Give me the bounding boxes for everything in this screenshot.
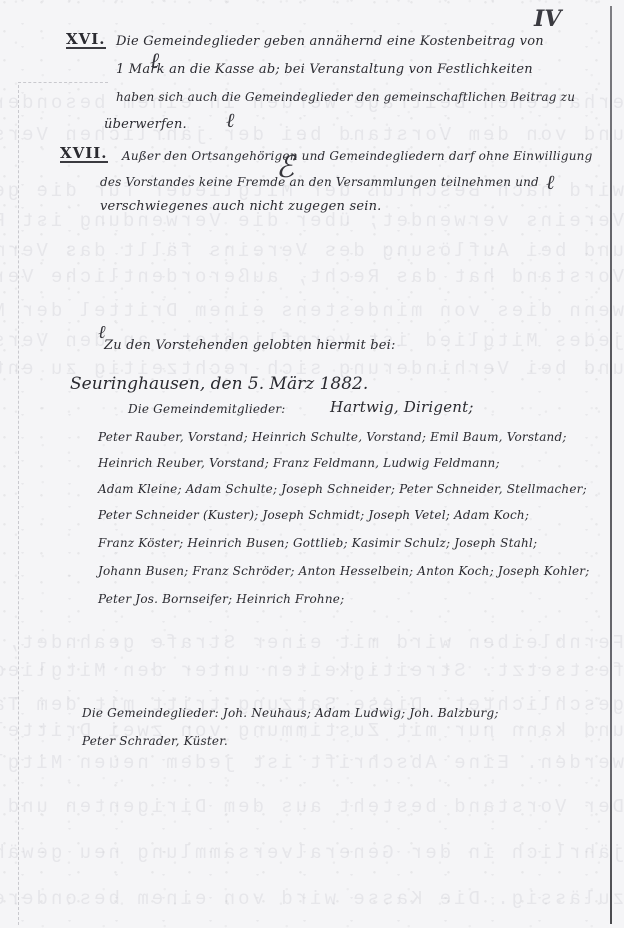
signature-line: Peter Rauber, Vorstand; Heinrich Schulte… bbox=[98, 430, 567, 444]
date-line: Seuringhausen, den 5. März 1882. bbox=[70, 374, 368, 394]
bleed-through-line: Der Vorstand besteht aus dem Dirigenten … bbox=[0, 796, 624, 818]
signature-line: Johann Busen; Franz Schröder; Anton Hess… bbox=[98, 564, 589, 578]
handwriting-flourish: ℓ bbox=[226, 108, 234, 133]
left-margin-rule bbox=[18, 82, 108, 83]
handwriting-flourish: ℓ bbox=[150, 48, 159, 74]
handwriting-flourish: ℓ bbox=[98, 322, 106, 343]
page-edge-line bbox=[610, 6, 612, 924]
bleed-through-line: werden. Eine Abschrift ist jedem neuen M… bbox=[0, 752, 624, 774]
signature-line: Die Gemeindeglieder: Joh. Neuhaus; Adam … bbox=[82, 706, 499, 720]
handwriting-flourish: ℰ bbox=[276, 150, 294, 185]
signature-line: Peter Schneider (Kuster); Joseph Schmidt… bbox=[98, 508, 529, 522]
signature-heading: Die Gemeindemitglieder: bbox=[128, 402, 286, 416]
signature: Hartwig, Dirigent; bbox=[330, 398, 474, 416]
section-numeral: XVI. bbox=[66, 32, 106, 49]
section-line: haben sich auch die Gemeindeglieder den … bbox=[116, 90, 575, 104]
bleed-through-line: Fernbleiben wird mit einer Strafe geahnd… bbox=[0, 632, 624, 654]
bleed-through-line: zulässig. Die Kasse wird von einem beson… bbox=[0, 888, 624, 910]
section-line: überwerfen. bbox=[104, 117, 187, 132]
handwriting-flourish: ℓ bbox=[546, 170, 554, 195]
signature-line: Franz Köster; Heinrich Busen; Gottlieb; … bbox=[98, 536, 537, 550]
left-margin-rule bbox=[18, 85, 19, 925]
signature-line: Adam Kleine; Adam Schulte; Joseph Schnei… bbox=[98, 482, 587, 496]
bleed-through-line: und von dem Vorstand bei der jährlichen … bbox=[0, 124, 624, 146]
bleed-through-line: jährlich in der Generalversammlung neu g… bbox=[0, 842, 624, 864]
section-line: verschwiegenes auch nicht zugegen sein. bbox=[100, 199, 381, 214]
bleed-through-line: wenn dies von mindestens einem Drittel d… bbox=[0, 300, 624, 322]
section-line: 1 Mark an die Kasse ab; bei Veranstaltun… bbox=[116, 62, 533, 77]
section-line: des Vorstandes keine Fremde an den Versa… bbox=[100, 175, 539, 189]
section-line: Die Gemeindeglieder geben annähernd eine… bbox=[116, 34, 544, 49]
closing-statement: Zu den Vorstehenden gelobten hiermit bei… bbox=[104, 338, 396, 353]
signature-line: Peter Jos. Bornseifer; Heinrich Frohne; bbox=[98, 592, 344, 606]
signature-line: Peter Schrader, Küster. bbox=[82, 734, 228, 748]
section-numeral: XVII. bbox=[60, 146, 108, 163]
page-number: IV bbox=[534, 6, 561, 32]
scanned-document-page: erhaltenen Beiträge werden in einem beso… bbox=[0, 0, 624, 928]
bleed-through-line: festsetzt. Streitigkeiten unter den Mitg… bbox=[0, 660, 624, 682]
bleed-through-line: und bei Auflösung des Vereins fällt das … bbox=[0, 240, 624, 262]
bleed-through-line: Vorstand hat das Recht, außerordentliche… bbox=[0, 266, 624, 288]
signature-line: Heinrich Reuber, Vorstand; Franz Feldman… bbox=[98, 456, 500, 470]
section-line: Außer den Ortsangehörigen und Gemeindegl… bbox=[122, 149, 592, 163]
